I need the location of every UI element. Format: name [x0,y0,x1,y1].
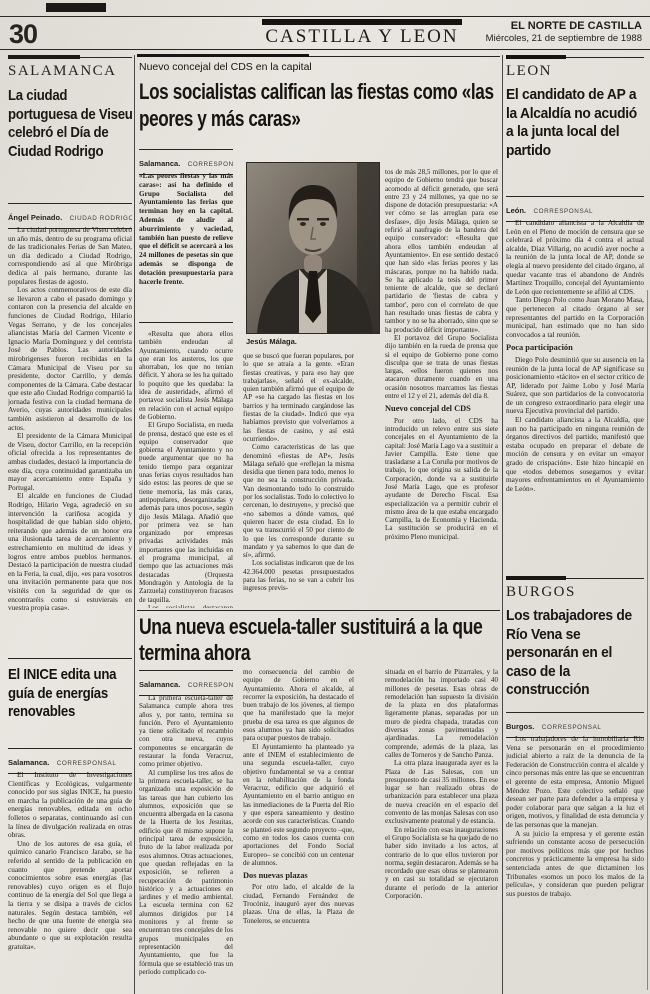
headline-inice: El INICE edita una guía de energías reno… [8,666,133,722]
subhead-dos-plazas: Dos nuevas plazas [243,872,354,880]
col2-after: Por otro lado, el alcalde de la ciudad, … [243,883,354,924]
paragraph: situada en el barrio de Pizarrales, y la… [385,668,498,759]
paragraph: mo consecuencia del cambio de equipo de … [243,668,354,743]
byline-author: Salamanca. [8,758,49,767]
divider [0,16,650,17]
byline-author: Salamanca. [139,680,180,689]
paragraph: El candidato aliancista a la Alcaldía, q… [506,416,644,493]
article-body-viseu: La ciudad portuguesa de Viseu celebró un… [8,226,132,654]
byline-author: Salamanca. [139,159,180,168]
paragraph: «Resulta que ahora ellos también endeuda… [139,330,233,421]
section-label-burgos: BURGOS [506,584,576,601]
byline-place: CORRESPONSAL [533,208,593,215]
section-bar [8,55,80,59]
paragraph: La primera escuela-taller de Salamanca c… [139,694,233,769]
subhead-poca-participacion: Poca participación [506,344,644,353]
kicker-bar [137,54,309,57]
leon-before: El candidato aliancista a la Alcaldía de… [506,219,644,339]
article-col3-fiestas: tos de más 28,5 millones, por lo que el … [385,168,498,608]
article-col1-fiestas: «Resulta que ahora ellos también endeuda… [139,330,233,608]
paragraph: Diego Polo desmintió que su ausencia en … [506,356,644,416]
paragraph: A su juicio la empresa y el gerente está… [506,830,644,899]
paragraph: Por otro lado, el CDS ha introducido un … [385,417,498,541]
subhead-nuevo-concejal: Nuevo concejal del CDS [385,405,498,413]
photo-caption: Jesús Málaga. [246,337,378,346]
byline-author: Ángel Peinado. [8,213,62,222]
lead-paragraph: «Las peores fiestas y las más caras»: as… [139,172,233,286]
paragraph: La otra plaza inaugurada ayer es la Plaz… [385,759,498,825]
masthead-block: EL NORTE DE CASTILLA Miércoles, 21 de se… [420,20,642,44]
paragraph: El Ayuntamiento ha planteado ya ante el … [243,743,354,867]
paragraph: El candidato aliancista a la Alcaldía de… [506,219,644,296]
headline-leon: El candidato de AP a la Alcaldía no acud… [506,86,644,160]
headline-fiestas: Los socialistas califican las fiestas co… [139,78,502,132]
section-label-salamanca: SALAMANCA [8,63,117,80]
paragraph: El Grupo Socialista, en rueda de prensa,… [139,421,233,604]
col2-before: mo consecuencia del cambio de equipo de … [243,668,354,867]
paragraph: Uno de los autores de esa guía, el quími… [8,840,132,952]
paragraph: Los socialistas indicaron que de los 42.… [243,559,354,592]
paragraph: El alcalde en funciones de Ciudad Rodrig… [8,492,132,612]
article-col1-escuela: La primera escuela-taller de Salamanca c… [139,694,233,990]
paragraph: Tanto Diego Polo como Juan Morano Masa, … [506,296,644,339]
date: Miércoles, 21 de septiembre de 1988 [420,33,642,44]
page-number: 30 [9,19,37,50]
paragraph: tos de más 28,5 millones, por lo que el … [385,168,498,334]
paragraph: que se buscó que fueran populares, por l… [243,352,354,443]
paragraph: En relación con esas inauguraciones el G… [385,826,498,901]
leon-after: Diego Polo desmintió que su ausencia en … [506,356,644,494]
divider [134,55,135,994]
kicker: Nuevo concejal del CDS en la capital [139,61,312,73]
article-col3-escuela: situada en el barrio de Pizarrales, y la… [385,668,498,990]
article-body-burgos: Los trabajadores de la inmobiliaria Río … [506,735,644,990]
divider [139,322,233,323]
section-bar [506,55,566,59]
byline-place: CORRESPONSAL [188,161,233,168]
paragraph: El Instituto de Investigaciones Científi… [8,771,132,840]
paragraph: El presidente de la Cámara Municipal de … [8,432,132,492]
col3-after: Por otro lado, el CDS ha introducido un … [385,417,498,541]
article-lead-fiestas: «Las peores fiestas y las más caras»: as… [139,172,233,318]
paragraph: La ciudad portuguesa de Viseu celebró un… [8,226,132,286]
paragraph: Al cumplirse los tres años de la primera… [139,769,233,976]
byline-author: Burgos. [506,722,534,731]
divider [502,55,503,994]
section-bar [506,576,566,580]
paragraph: Por otro lado, el alcalde de la ciudad, … [243,883,354,924]
divider [0,49,650,50]
paragraph: Como características de las que denominó… [243,443,354,559]
paragraph: El portavoz del Grupo Socialista dijo ta… [385,334,498,400]
col3-before: tos de más 28,5 millones, por lo que el … [385,168,498,400]
byline-place: CORRESPONSAL [542,724,602,731]
headline-escuela: Una nueva escuela-taller sustituirá a la… [139,614,491,666]
photo-jesus-malaga [246,162,380,334]
article-body-leon: El candidato aliancista a la Alcaldía de… [506,219,644,571]
masthead: EL NORTE DE CASTILLA [420,20,642,32]
portrait-photo [247,163,379,333]
byline-author: León. [506,206,526,215]
headline-viseu: La ciudad portuguesa de Viseu celebró el… [8,87,133,161]
byline-escuela: Salamanca. CORRESPONSAL [139,670,233,696]
paragraph: Los actos conmemorativos de este día se … [8,286,132,432]
divider [137,610,500,611]
byline-place: CORRESPONSAL [188,682,233,689]
scan-artifact [647,290,648,990]
section-label-leon: LEON [506,63,552,80]
scan-artifact [46,3,106,12]
paragraph: Los trabajadores de la inmobiliaria Río … [506,735,644,830]
byline-place: CIUDAD RODRIGO [70,215,132,222]
byline-place: CORRESPONSAL [57,760,117,767]
article-col2-fiestas: que se buscó que fueran populares, por l… [243,352,354,608]
headline-burgos: Los trabajadores de Río Vena se personar… [506,607,644,700]
paragraph: Los socialistas destacaron que durante l… [139,604,233,608]
article-body-inice: El Instituto de Investigaciones Científi… [8,771,132,990]
article-col2-escuela: mo consecuencia del cambio de equipo de … [243,668,354,990]
newspaper-page: 30 CASTILLA Y LEON EL NORTE DE CASTILLA … [0,0,650,994]
divider [8,658,132,659]
